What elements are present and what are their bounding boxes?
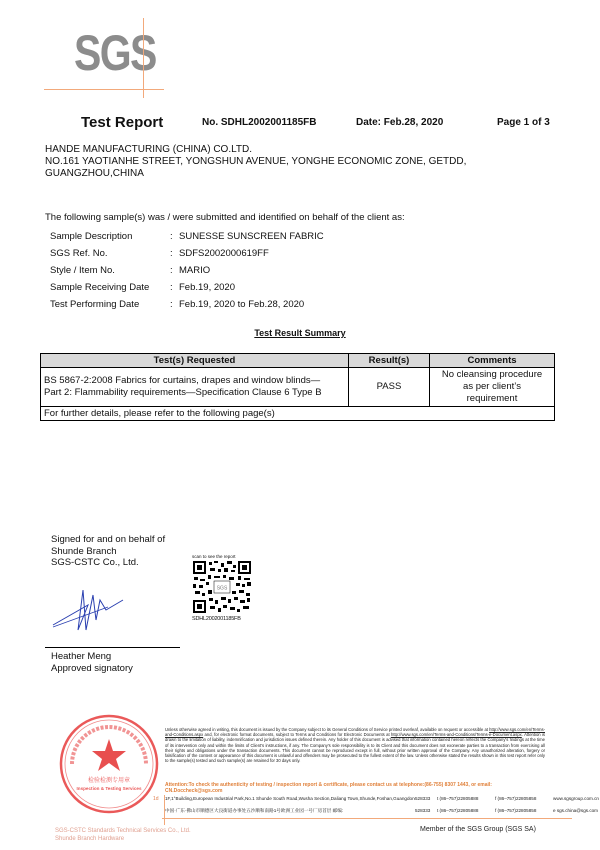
report-date: Date: Feb.28, 2020 xyxy=(356,117,443,128)
client-address: HANDE MANUFACTURING (CHINA) CO.LTD. NO.1… xyxy=(45,144,466,180)
field-value: MARIO xyxy=(179,265,210,276)
field-row: Sample Receiving Date : Feb.19, 2020 xyxy=(50,279,324,296)
comment-line: requirement xyxy=(433,393,551,405)
svg-text:检验检测专用章: 检验检测专用章 xyxy=(88,776,130,784)
comment-line: No cleansing procedure xyxy=(433,369,551,381)
fax: f (86–757)22805858 xyxy=(495,808,553,814)
address-text: 1F,1°Building,European Industrial Park,N… xyxy=(165,796,415,801)
signed-on-behalf: Signed for and on behalf of Shunde Branc… xyxy=(51,534,165,569)
signed-line: Shunde Branch xyxy=(51,546,165,558)
field-separator: : xyxy=(170,231,179,242)
field-value: SUNESSE SUNSCREEN FABRIC xyxy=(179,231,324,242)
qr-caption: scan to see the report xyxy=(192,554,236,559)
client-name: HANDE MANUFACTURING (CHINA) CO.LTD. xyxy=(45,144,466,156)
client-street: NO.161 YAOTIANHE STREET, YONGSHUN AVENUE… xyxy=(45,156,466,168)
telephone: t (86–757)22805888 xyxy=(437,796,495,801)
email-link[interactable]: e sgs.china@sgs.com xyxy=(553,808,598,814)
field-value: Feb.19, 2020 to Feb.28, 2020 xyxy=(179,299,304,310)
field-value: Feb.19, 2020 xyxy=(179,282,235,293)
website-link[interactable]: www.sgsgroup.com.cn xyxy=(553,796,599,801)
field-label: SGS Ref. No. xyxy=(50,248,170,259)
address-text: 中国·广东·佛山市顺德区大良街道办事处五沙顺和南路1号欧洲工业园一号厂房首层 邮… xyxy=(165,808,415,814)
summary-title: Test Result Summary xyxy=(0,328,600,338)
signature-icon xyxy=(48,585,128,635)
legal-disclaimer: Unless otherwise agreed in writing, this… xyxy=(165,727,545,763)
telephone: t (86–757)22805888 xyxy=(437,808,495,814)
client-city: GUANGZHOU,CHINA xyxy=(45,168,466,180)
postcode: 528333 xyxy=(415,808,437,814)
field-separator: : xyxy=(170,265,179,276)
field-separator: : xyxy=(170,282,179,293)
comment-line: as per client’s xyxy=(433,381,551,393)
stamp-company-line: SGS-CSTC Standards Technical Services Co… xyxy=(55,827,191,835)
signatory-role: Approved signatory xyxy=(51,663,133,675)
authenticity-notice: Attention:To check the authenticity of t… xyxy=(165,782,545,794)
field-row: SGS Ref. No. : SDFS2002000619FF xyxy=(50,245,324,262)
logo-vertical-line xyxy=(143,18,144,98)
table-row: BS 5867-2:2008 Fabrics for curtains, dra… xyxy=(41,368,555,407)
field-label: Sample Description xyxy=(50,231,170,242)
address-tag: 1d xyxy=(153,796,159,802)
field-value: SDFS2002000619FF xyxy=(179,248,269,259)
address-chinese: 中国·广东·佛山市顺德区大良街道办事处五沙顺和南路1号欧洲工业园一号厂房首层 邮… xyxy=(165,808,598,814)
signatory-name: Heather Meng xyxy=(51,651,133,663)
table-footer-row: For further details, please refer to the… xyxy=(41,407,555,421)
logo-horizontal-line xyxy=(44,89,164,90)
header-comments: Comments xyxy=(430,354,555,368)
stamp-company: SGS-CSTC Standards Technical Services Co… xyxy=(55,827,191,843)
svg-text:Inspection & Testing Services: Inspection & Testing Services xyxy=(76,786,141,791)
field-separator: : xyxy=(170,299,179,310)
field-row: Test Performing Date : Feb.19, 2020 to F… xyxy=(50,296,324,313)
field-label: Style / Item No. xyxy=(50,265,170,276)
report-title: Test Report xyxy=(81,114,163,131)
test-cell: BS 5867-2:2008 Fabrics for curtains, dra… xyxy=(41,368,349,407)
signature-line xyxy=(45,647,180,648)
further-details-note: For further details, please refer to the… xyxy=(41,407,555,421)
test-line: BS 5867-2:2008 Fabrics for curtains, dra… xyxy=(44,375,345,387)
header-result: Result(s) xyxy=(349,354,430,368)
signatory: Heather Meng Approved signatory xyxy=(51,651,133,674)
field-separator: : xyxy=(170,248,179,259)
header-test: Test(s) Requested xyxy=(41,354,349,368)
field-label: Test Performing Date xyxy=(50,299,170,310)
official-stamp-icon: 检验检测专用章 Inspection & Testing Services xyxy=(58,713,160,815)
result-summary-table: Test(s) Requested Result(s) Comments BS … xyxy=(40,353,555,421)
test-line: Part 2: Flammability requirements—Specif… xyxy=(44,387,345,399)
svg-text:SGS: SGS xyxy=(217,586,228,592)
fax: f (86–757)22805858 xyxy=(495,796,553,801)
stamp-company-line: Shunde Branch Hardware xyxy=(55,835,191,843)
field-row: Style / Item No. : MARIO xyxy=(50,262,324,279)
field-label: Sample Receiving Date xyxy=(50,282,170,293)
signed-line: Signed for and on behalf of xyxy=(51,534,165,546)
signed-line: SGS-CSTC Co., Ltd. xyxy=(51,557,165,569)
postcode: 528333 xyxy=(415,796,437,801)
sample-intro: The following sample(s) was / were submi… xyxy=(45,212,405,223)
sgs-logo: SGS xyxy=(60,18,170,88)
sgs-group-member: Member of the SGS Group (SGS SA) xyxy=(420,826,536,833)
field-row: Sample Description : SUNESSE SUNSCREEN F… xyxy=(50,228,324,245)
result-cell: PASS xyxy=(349,368,430,407)
comment-cell: No cleansing procedure as per client’s r… xyxy=(430,368,555,407)
page-indicator: Page 1 of 3 xyxy=(497,117,550,128)
disclaimer-text: . Attention is drawn to the limitation o… xyxy=(165,732,545,763)
report-number: No. SDHL2002001185FB xyxy=(202,117,317,128)
qr-code-icon[interactable]: SGS xyxy=(192,560,252,614)
address-english: 1F,1°Building,European Industrial Park,N… xyxy=(165,796,599,801)
table-header-row: Test(s) Requested Result(s) Comments xyxy=(41,354,555,368)
sample-fields: Sample Description : SUNESSE SUNSCREEN F… xyxy=(50,228,324,313)
footer-divider xyxy=(162,818,572,819)
qr-code-number: SDHL2002001185FB xyxy=(192,616,241,622)
